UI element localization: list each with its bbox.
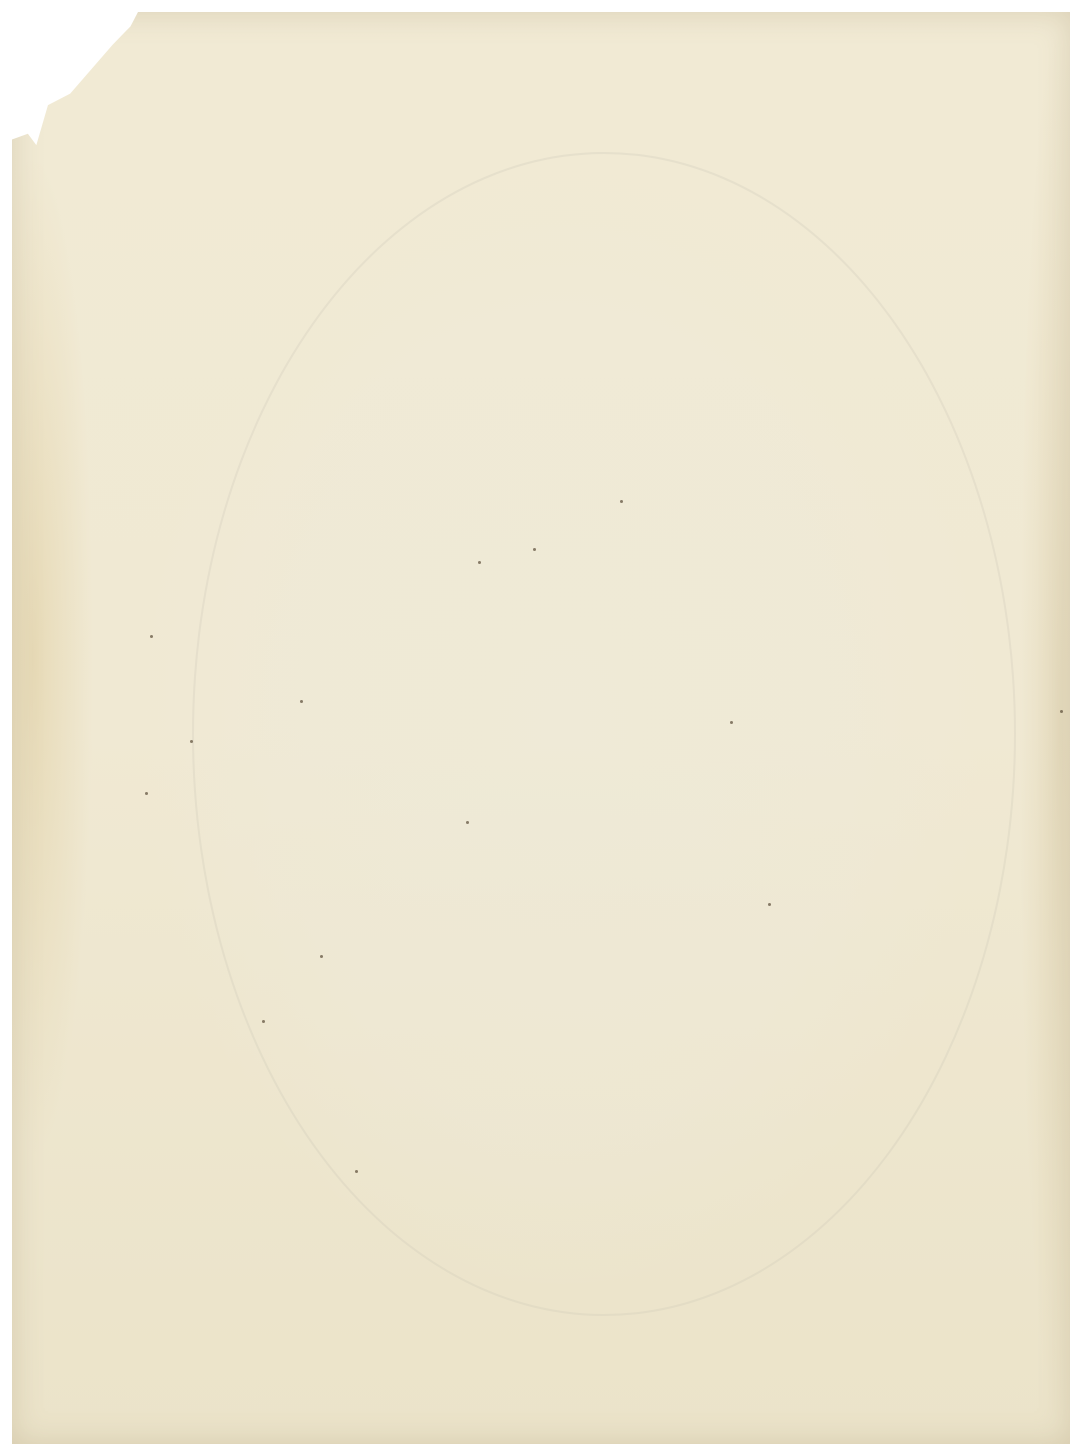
aged-paper-sheet <box>12 12 1070 1444</box>
speck <box>768 903 771 906</box>
speck <box>145 792 148 795</box>
speck <box>262 1020 265 1023</box>
speck <box>466 821 469 824</box>
speck <box>533 548 536 551</box>
faint-oval-mark <box>192 152 1016 1316</box>
speck <box>355 1170 358 1173</box>
speck <box>1060 710 1063 713</box>
speck <box>620 500 623 503</box>
speck <box>150 635 153 638</box>
speck <box>300 700 303 703</box>
speck <box>190 740 193 743</box>
speck <box>730 721 733 724</box>
speck <box>478 561 481 564</box>
speck <box>320 955 323 958</box>
